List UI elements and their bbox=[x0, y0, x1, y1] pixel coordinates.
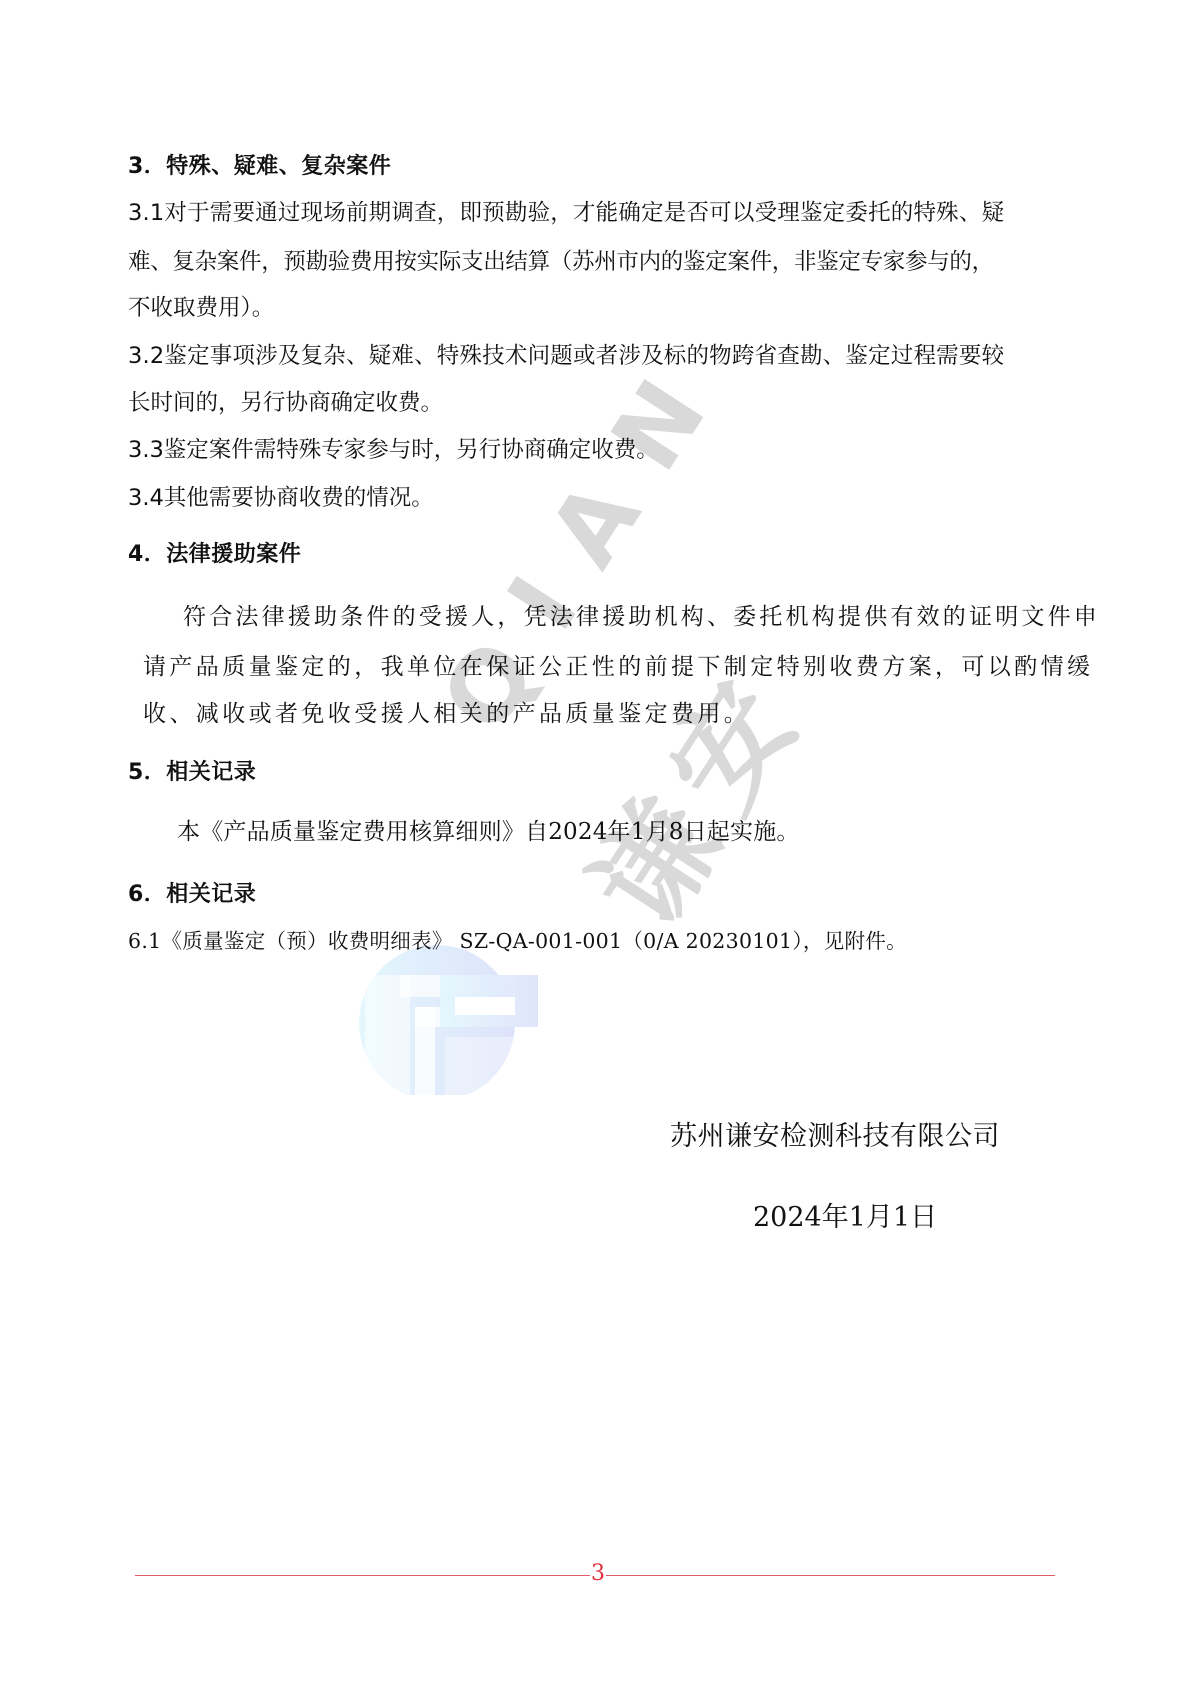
section-3-line-3: 不收取费用）。 bbox=[128, 297, 274, 320]
signature-date: 2024年1月1日 bbox=[753, 1204, 937, 1231]
section-heading-6: 6．相关记录 bbox=[128, 884, 256, 906]
section-3-line-2: 难、复杂案件，预勘验费用按实际支出结算（苏州市内的鉴定案件，非鉴定专家参与的， bbox=[128, 251, 994, 274]
section-3-line-7: 3.4其他需要协商收费的情况。 bbox=[128, 487, 434, 510]
section-heading-3: 3．特殊、疑难、复杂案件 bbox=[128, 156, 391, 178]
section-heading-4: 4．法律援助案件 bbox=[128, 544, 301, 566]
section-3-line-5: 长时间的，另行协商确定收费。 bbox=[128, 392, 443, 415]
signature-company: 苏州谦安检测科技有限公司 bbox=[670, 1123, 1000, 1150]
section-heading-5: 5．相关记录 bbox=[128, 762, 256, 784]
document-content: 3．特殊、疑难、复杂案件 3.1对于需要通过现场前期调查，即预勘验，才能确定是否… bbox=[0, 0, 1199, 1696]
section-6-line-1: 6.1《质量鉴定（预）收费明细表》 SZ-QA-001-001（0/A 2023… bbox=[128, 931, 907, 952]
section-3-line-6: 3.3鉴定案件需特殊专家参与时，另行协商确定收费。 bbox=[128, 439, 659, 462]
section-3-line-4: 3.2鉴定事项涉及复杂、疑难、特殊技术问题或者涉及标的物跨省查勘、鉴定过程需要较 bbox=[128, 345, 1004, 368]
section-3-line-1: 3.1对于需要通过现场前期调查，即预勘验，才能确定是否可以受理鉴定委托的特殊、疑 bbox=[128, 202, 1004, 225]
section-4-line-3: 收、减收或者免收受援人相关的产品质量鉴定费用。 bbox=[143, 703, 750, 726]
section-5-line-1: 本《产品质量鉴定费用核算细则》自2024年1月8日起实施。 bbox=[177, 821, 800, 844]
section-4-line-1: 符合法律援助条件的受援人，凭法律援助机构、委托机构提供有效的证明文件申 bbox=[183, 606, 1100, 629]
page-number: 3 bbox=[590, 1563, 606, 1585]
section-4-line-2: 请产品质量鉴定的，我单位在保证公正性的前提下制定特别收费方案，可以酌情缓 bbox=[143, 656, 1093, 679]
document-page: QIAN 谦安 3．特殊、疑难、复杂 bbox=[0, 0, 1199, 1696]
